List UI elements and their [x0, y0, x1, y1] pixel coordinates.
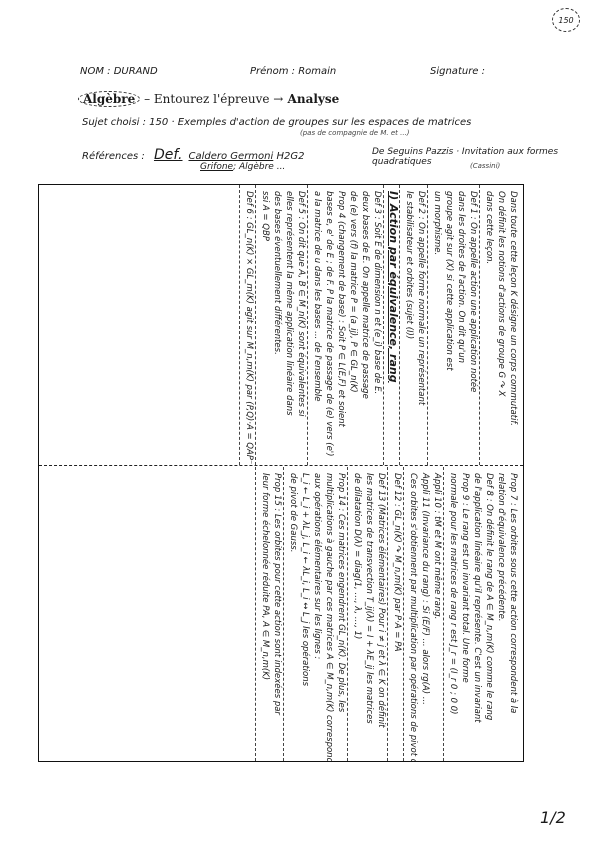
- references-label: Références :: [82, 151, 148, 162]
- references-line-2: Grifone; Algèbre ...: [200, 162, 285, 172]
- bottom-column: Appli 10 : tM et M ont même rang.Appli 1…: [407, 473, 443, 761]
- text-line: Prop 7 : Les orbites sous cette action c…: [507, 473, 519, 723]
- text-line: bases e, e' de E ; de F. P la matrice de…: [323, 191, 335, 456]
- text-line: Appli 10 : tM et M ont même rang.: [431, 473, 443, 761]
- text-line: ssi A = QBP: [259, 191, 271, 416]
- text-line: Def 5 : On dit que A, B ∈ M_n(K) sont éq…: [295, 191, 307, 416]
- column-divider: [239, 185, 240, 465]
- text-line: de l'application linéaire qu'il représen…: [471, 473, 483, 723]
- text-line: Prop 4 (changement de base) : Soit P ∈ L…: [335, 191, 347, 456]
- name-field: NOM : DURAND: [80, 66, 158, 77]
- column-divider: [443, 467, 444, 761]
- column-divider: [383, 185, 384, 465]
- subject-note: (pas de compagnie de M. et ...): [300, 129, 410, 137]
- top-column: Dans toute cette leçon K désigne un corp…: [483, 191, 519, 426]
- column-divider: [283, 467, 284, 761]
- bottom-column: Prop 7 : Les orbites sous cette action c…: [447, 473, 519, 723]
- text-line: Def 6 : GL_n(K) × GL_m(K) agit sur M_n,m…: [243, 191, 255, 465]
- text-line: Prop 15 : Les orbites pour cette action …: [271, 473, 283, 715]
- text-line: groupe agit sur (X) si cette application…: [443, 191, 455, 392]
- column-divider: [307, 185, 308, 465]
- top-column: Def 5 : On dit que A, B ∈ M_n(K) sont éq…: [259, 191, 307, 416]
- text-line: multiplications à gauche par ces matrice…: [323, 473, 335, 761]
- column-divider: [427, 185, 428, 465]
- column-divider: [479, 185, 480, 465]
- topic-other: Analyse: [283, 92, 339, 106]
- text-line: de dilatation D(λ) = diag(1, …, λ, …, 1): [351, 473, 363, 728]
- reference-book-2: Grifone: [200, 162, 233, 172]
- top-column: Def 2 : On appelle forme normale un repr…: [403, 191, 427, 405]
- text-line: normale pour les matrices de rang r est …: [447, 473, 459, 723]
- text-line: Def 1 : On appelle action une applicatio…: [467, 191, 479, 392]
- column-divider: [403, 467, 404, 761]
- text-line: Appli 11 (Invariance du rang) : Si (E/F)…: [419, 473, 431, 761]
- text-line: elles représentent la même application l…: [283, 191, 295, 416]
- bottom-row: Prop 7 : Les orbites sous cette action c…: [39, 467, 523, 761]
- text-line: les matrices de transvection T_ij(λ) = I…: [363, 473, 375, 728]
- text-line: Def 2 : On appelle forme normale un repr…: [415, 191, 427, 405]
- text-line: le stabilisateur et orbites (sujet (Ⅰ)): [403, 191, 415, 405]
- page-stamp: 150: [552, 8, 580, 32]
- text-line: Ces orbites s'obtiennent par multiplicat…: [407, 473, 419, 761]
- top-column: I) Action par équivalence, rang: [387, 191, 399, 383]
- top-column: Def 1 : On appelle action une applicatio…: [431, 191, 479, 392]
- plan-table: Dans toute cette leçon K désigne un corp…: [38, 184, 524, 762]
- text-line: de pivot de Gauss.: [287, 473, 299, 761]
- topic-instruction: – Entourez l'épreuve →: [140, 92, 283, 106]
- topic-chosen: Algèbre: [78, 91, 140, 107]
- text-line: dans les droites de l'action. On dit qu'…: [455, 191, 467, 392]
- reference-book-1: Caldero Germoni: [189, 151, 274, 162]
- text-line: de (e) vers (f) la matrice P = (a_ij), P…: [347, 191, 359, 456]
- column-divider: [255, 467, 256, 761]
- references-line: Références : Def.Caldero Germoni H2G2: [82, 147, 304, 163]
- text-line: relation d'équivalence précédente.: [495, 473, 507, 723]
- text-line: des bases éventuellement différentes.: [271, 191, 283, 416]
- bottom-column: Prop 14 : Ces matrices engendrent GL_n(K…: [287, 473, 347, 761]
- firstname-field: Prénom : Romain: [250, 66, 336, 77]
- text-line: L_i ← L_i + λL_j, L_i ← λL_i, L_i ↔ L_j …: [299, 473, 311, 761]
- bottom-column: Prop 15 : Les orbites pour cette action …: [259, 473, 283, 715]
- column-divider: [347, 467, 348, 761]
- row-divider: [39, 465, 523, 466]
- text-line: deux bases de E. On appelle matrice de p…: [359, 191, 371, 456]
- column-divider: [255, 185, 256, 465]
- text-line: Def 13 (Matrices élémentaires) Pour i ≠ …: [375, 473, 387, 728]
- text-line: dans cette leçon.: [483, 191, 495, 426]
- text-line: Def 12 : GL_n(K) ↷ M_n,m(K) par P·A = PA: [391, 473, 403, 652]
- text-line: un morphisme.: [431, 191, 443, 392]
- subject-line: Sujet choisi : 150 · Exemples d'action d…: [82, 117, 471, 128]
- text-line: aux opérations élémentaires sur les lign…: [311, 473, 323, 761]
- bottom-column: Def 12 : GL_n(K) ↷ M_n,m(K) par P·A = PA: [391, 473, 403, 652]
- text-line: Dans toute cette leçon K désigne un corp…: [507, 191, 519, 426]
- page-number: 1/2: [540, 808, 566, 827]
- text-line: I) Action par équivalence, rang: [387, 191, 399, 383]
- text-line: Def 3 : Soit E de dimension n et (e_i) b…: [371, 191, 383, 456]
- reference-book-1-suffix: H2G2: [273, 151, 304, 162]
- text-line: Prop 9 : Le rang est un invariant total.…: [459, 473, 471, 723]
- top-row: Dans toute cette leçon K désigne un corp…: [39, 185, 523, 465]
- column-divider: [387, 467, 388, 761]
- text-line: Def 8 : On définit le rang de A ∈ M_n,m(…: [483, 473, 495, 723]
- text-line: Prop 14 : Ces matrices engendrent GL_n(K…: [335, 473, 347, 761]
- signature-field: Signature :: [430, 66, 485, 77]
- text-line: leur forme échelonnée réduite PA, A ∈ M_…: [259, 473, 271, 715]
- topic-line: Algèbre – Entourez l'épreuve → Analyse: [78, 92, 339, 106]
- def-mark: Def.: [154, 147, 183, 163]
- reference-book-2-suffix: ; Algèbre ...: [233, 162, 285, 172]
- top-column: Def 6 : GL_n(K) × GL_m(K) agit sur M_n,m…: [243, 191, 255, 465]
- text-line: a la matrice de u dans les bases ... de …: [311, 191, 323, 456]
- bottom-column: Def 13 (Matrices élémentaires) Pour i ≠ …: [351, 473, 387, 728]
- text-line: On définit les notions d'actions de grou…: [495, 191, 507, 426]
- reference-book-3-note: (Cassini): [470, 162, 500, 170]
- top-column: Def 3 : Soit E de dimension n et (e_i) b…: [311, 191, 383, 456]
